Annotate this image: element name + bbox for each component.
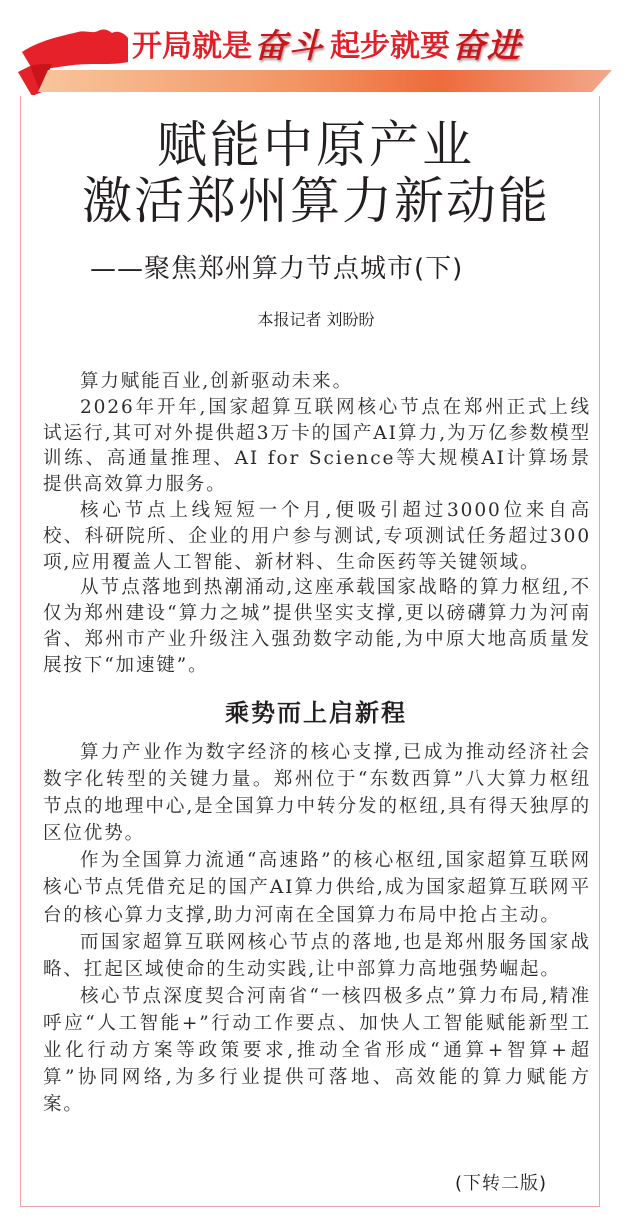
continued-on-page-note: (下转二版) [455,1172,547,1196]
headline-line-2: 激活郑州算力新动能 [0,172,632,230]
byline: 本报记者 刘盼盼 [0,310,632,330]
section-heading: 乘势而上启新程 [0,697,632,729]
paragraph: 从节点落地到热潮涌动,这座承载国家战略的算力枢纽,不仅为郑州建设“算力之城”提供… [43,575,591,678]
headline-line-1: 赋能中原产业 [0,116,632,174]
banner-title-brush1: 奋斗 [254,20,324,67]
paragraph: 算力产业作为数字经济的核心支撑,已成为推动经济社会数字化转型的关键力量。郑州位于… [43,739,591,847]
paragraph: 算力赋能百业,创新驱动未来。 [43,369,591,395]
banner-title: 开局就是 奋斗 起步就要 奋进 [132,20,528,66]
paragraph: 核心节点上线短短一个月,便吸引超过3000位来自高校、科研院所、企业的用户参与测… [43,498,591,575]
banner-title-brush2: 奋进 [452,20,522,67]
article-body-section-2: 算力产业作为数字经济的核心支撑,已成为推动经济社会数字化转型的关键力量。郑州位于… [43,739,591,1118]
paragraph: 核心节点深度契合河南省“一核四极多点”算力布局,精准呼应“人工智能+”行动工作要… [43,983,591,1118]
ribbon [38,70,612,92]
article-body-section-1: 算力赋能百业,创新驱动未来。 2026年开年,国家超算互联网核心节点在郑州正式上… [43,369,591,679]
banner: 开局就是 奋斗 起步就要 奋进 [0,0,632,95]
subheadline: ——聚焦郑州算力节点城市(下) [90,253,463,285]
banner-title-part3: 起步就要 [330,21,450,65]
paragraph: 2026年开年,国家超算互联网核心节点在郑州正式上线试运行,其可对外提供超3万卡… [43,395,591,498]
paragraph: 而国家超算互联网核心节点的落地,也是郑州服务国家战略、扛起区域使命的生动实践,让… [43,929,591,983]
banner-title-part1: 开局就是 [132,21,252,65]
paragraph: 作为全国算力流通“高速路”的核心枢纽,国家超算互联网核心节点凭借充足的国产AI算… [43,847,591,928]
